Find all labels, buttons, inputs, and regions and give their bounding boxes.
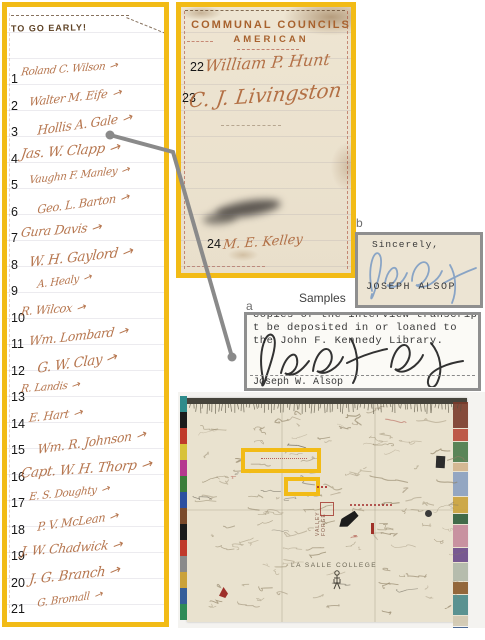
- arrow-mark: →: [105, 348, 119, 368]
- red-dash-mark: [371, 523, 374, 534]
- dash-underline: [237, 49, 299, 50]
- calibration-strip-left: [180, 396, 187, 622]
- row-number: 11: [11, 337, 24, 351]
- calibration-swatch: [180, 444, 187, 460]
- mural-photo: LA SALLE COLLEGE VALLEY FORGE: [178, 392, 485, 628]
- arrow-mark: →: [112, 535, 125, 553]
- arrow-mark: →: [109, 59, 119, 73]
- calibration-swatch: [180, 428, 187, 444]
- calibration-swatch: [180, 396, 187, 412]
- figure-label-a: a: [246, 299, 253, 313]
- arrow-mark: →: [76, 298, 88, 315]
- row-number: 2: [11, 99, 18, 113]
- row-number: 14: [11, 417, 25, 431]
- row-number: 7: [11, 231, 18, 245]
- dashed-rule: [250, 375, 475, 376]
- calibration-swatch: [180, 540, 187, 556]
- row-number: 20: [11, 576, 25, 590]
- row-number: 6: [11, 205, 18, 219]
- figure-label-b: b: [356, 216, 363, 230]
- closing-text: Sincerely,: [372, 239, 439, 250]
- red-outline-box: [320, 502, 334, 516]
- sample-box-b: Sincerely, JOSEPH ALSOP: [355, 232, 483, 308]
- calibration-swatch: [180, 524, 187, 540]
- calibration-swatch: [180, 412, 187, 428]
- signature-row: 21G. Bromall→: [7, 602, 164, 622]
- strip-header-text: TO GO EARLY!: [11, 22, 87, 33]
- sample-box-a: copies of the interview transcrip t be d…: [244, 312, 481, 391]
- communal-subtitle: AMERICAN: [189, 34, 351, 45]
- typed-line-3: the John F. Kennedy Library.: [253, 335, 443, 347]
- communal-panel: COMMUNAL COUNCILS AMERICAN 22 William P.…: [176, 2, 356, 278]
- arrow-mark: →: [71, 378, 81, 392]
- calibration-swatch: [180, 604, 187, 620]
- dash-arrow-mark: [187, 41, 213, 42]
- alsop-signature-blue: [362, 241, 480, 305]
- figure-page: TO GO EARLY! 1Roland C. Wilson→2Walter M…: [0, 0, 485, 640]
- arrow-mark: →: [140, 455, 154, 474]
- calibration-swatch: [180, 556, 187, 572]
- highlight-rect-large: [241, 448, 321, 473]
- stitch-dashes-right: [347, 11, 348, 269]
- ink-smudge-small: [203, 211, 238, 225]
- stitch-dashes-top: [185, 10, 345, 11]
- dash-bottom: [187, 266, 265, 267]
- arrow-mark: →: [121, 242, 135, 261]
- dark-square-mark: [436, 456, 446, 468]
- row-number: 5: [11, 178, 18, 192]
- row-number: 24: [207, 237, 221, 251]
- red-caption-marks: [261, 458, 307, 459]
- dash-mid: [221, 125, 281, 126]
- typed-name: Joseph W. Alsop: [253, 377, 343, 388]
- stitch-dashes-left: [184, 11, 185, 269]
- calibration-swatch: [180, 588, 187, 604]
- row-number: 9: [11, 284, 18, 298]
- black-dot-mark: [425, 510, 432, 517]
- typed-line-2: t be deposited in or loaned to: [253, 322, 457, 334]
- stitch-dashes: [11, 15, 129, 16]
- typed-name: JOSEPH ALSOP: [366, 282, 456, 293]
- samples-caption: Samples: [299, 291, 346, 305]
- row-number: 4: [11, 152, 18, 166]
- row-number: 3: [11, 125, 18, 139]
- row-number: 8: [11, 258, 18, 272]
- stitch-dashes-curve: [126, 17, 164, 34]
- calibration-swatch: [180, 508, 187, 524]
- arrow-mark: →: [109, 561, 123, 580]
- figure-drawing: [332, 570, 342, 590]
- arrow-mark: →: [91, 218, 104, 236]
- row-number: 18: [11, 523, 25, 537]
- red-dots-mark: [317, 486, 327, 488]
- la-salle-college-text: LA SALLE COLLEGE: [291, 562, 377, 569]
- calibration-swatch: [180, 460, 187, 476]
- row-number: 12: [11, 364, 25, 378]
- row-number: 15: [11, 443, 25, 457]
- signature-strip-panel: TO GO EARLY! 1Roland C. Wilson→2Walter M…: [2, 2, 169, 627]
- communal-paper: COMMUNAL COUNCILS AMERICAN 22 William P.…: [181, 7, 351, 273]
- signature-strip-paper: TO GO EARLY! 1Roland C. Wilson→2Walter M…: [7, 7, 164, 622]
- row-number: 17: [11, 496, 25, 510]
- calibration-swatch: [180, 492, 187, 508]
- typed-line-1-cropped: copies of the interview transcrip: [253, 312, 477, 321]
- signature-text: William P. Hunt: [204, 50, 331, 76]
- signature-text: C. J. Livingston: [187, 78, 343, 113]
- row-number: 22: [190, 60, 204, 74]
- calibration-swatch: [180, 572, 187, 588]
- arrow-mark: →: [108, 138, 122, 157]
- calibration-swatch: [180, 476, 187, 492]
- arrow-mark: →: [111, 84, 123, 101]
- signature-text: M. E. Kelley: [222, 232, 303, 253]
- arrow-mark: →: [72, 404, 84, 421]
- edge-patch: [453, 627, 468, 628]
- communal-title: COMMUNAL COUNCILS: [189, 19, 351, 31]
- mural-sheet: LA SALLE COLLEGE VALLEY FORGE: [187, 398, 467, 622]
- signature-text: Roland C. Wilson→: [20, 60, 119, 79]
- red-text-marks: [350, 504, 392, 506]
- row-number: 21: [11, 602, 25, 616]
- arrow-mark: →: [118, 322, 131, 340]
- row-number: 1: [11, 72, 18, 86]
